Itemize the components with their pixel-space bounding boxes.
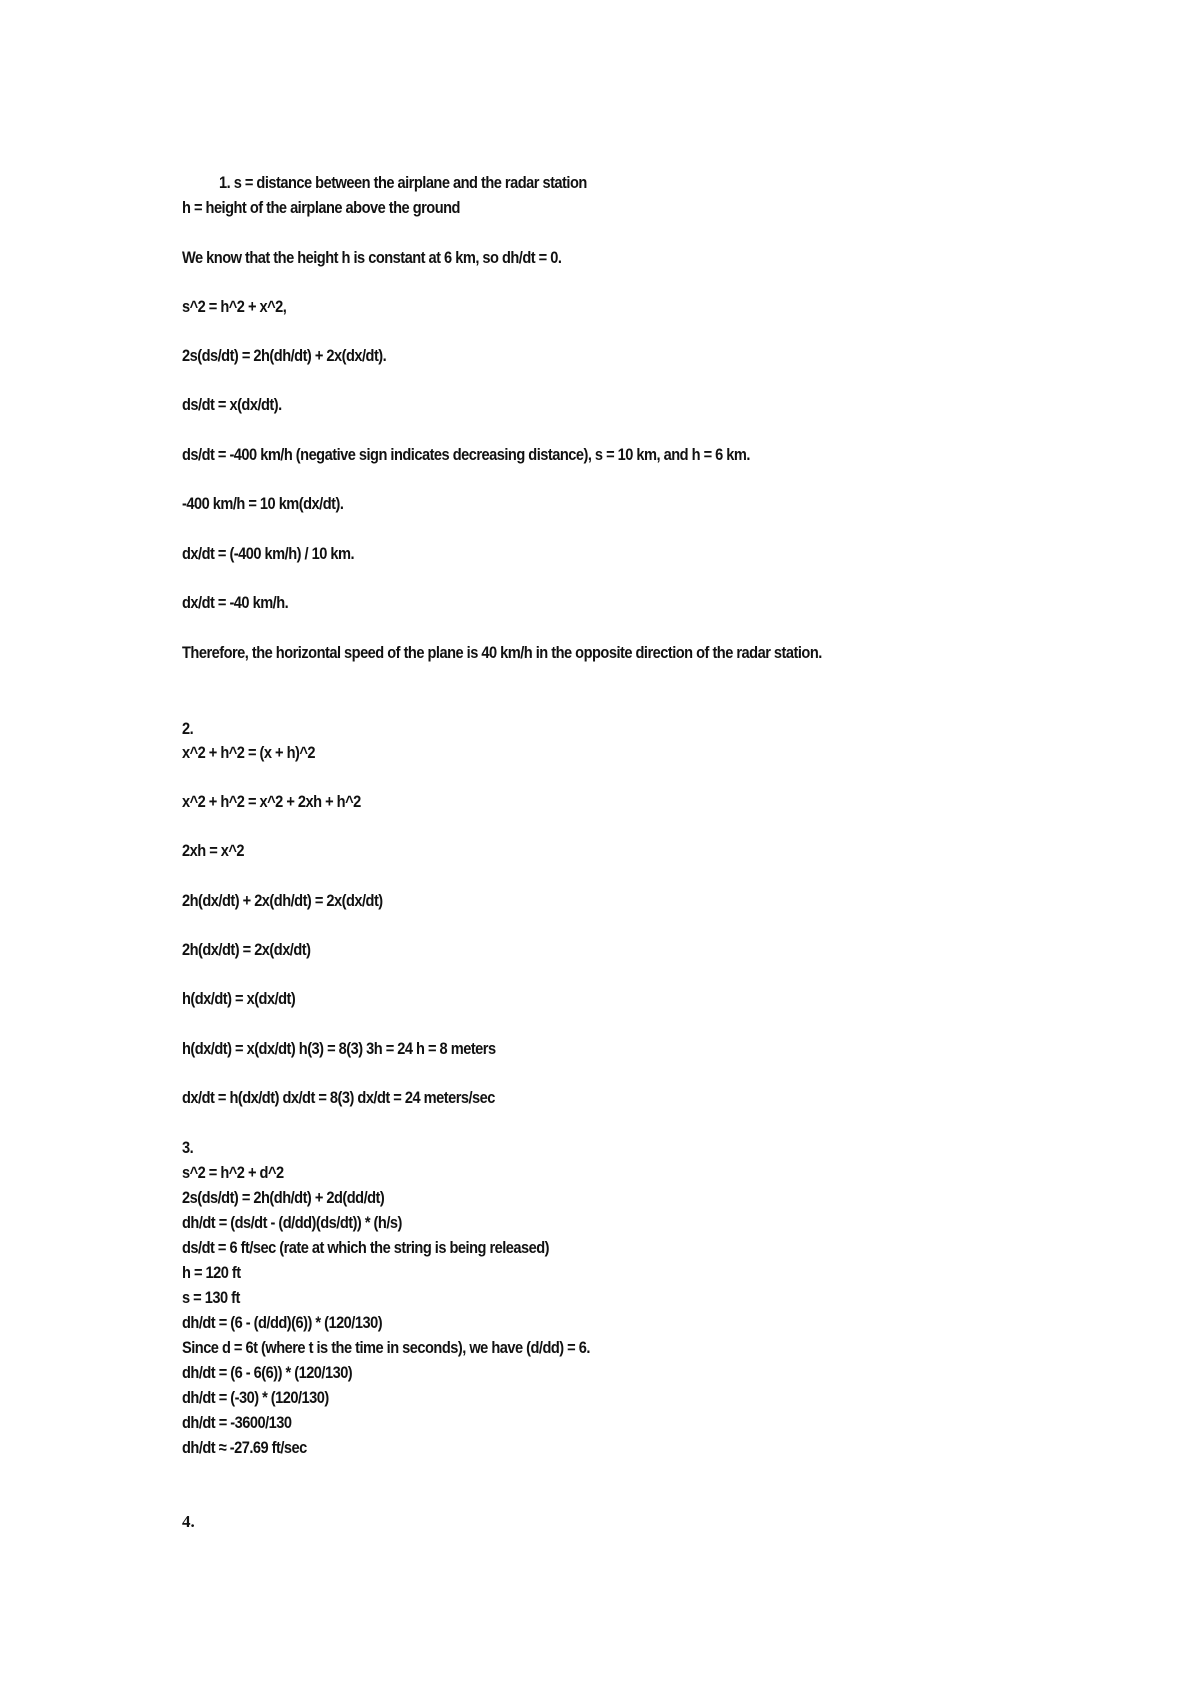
equation-line: x^2 + h^2 = x^2 + 2xh + h^2 [182,792,361,812]
text-line: Since d = 6t (where t is the time in sec… [182,1338,590,1358]
conclusion-line: Therefore, the horizontal speed of the p… [182,643,822,663]
equation-line: 2s(ds/dt) = 2h(dh/dt) + 2x(dx/dt). [182,346,386,366]
text-line: We know that the height h is constant at… [182,248,561,268]
equation-line: ds/dt = 6 ft/sec (rate at which the stri… [182,1238,549,1258]
result-line: dh/dt ≈ -27.69 ft/sec [182,1438,307,1458]
equation-line: 2xh = x^2 [182,841,244,861]
equation-line: dh/dt = (-30) * (120/130) [182,1388,329,1408]
problem-4-heading: 4. [182,1512,195,1532]
equation-line: h = 120 ft [182,1263,241,1283]
equation-line: dh/dt = (6 - 6(6)) * (120/130) [182,1363,352,1383]
equation-line: ds/dt = -400 km/h (negative sign indicat… [182,445,750,465]
equation-line: 2h(dx/dt) + 2x(dh/dt) = 2x(dx/dt) [182,891,383,911]
document-page: 1. s = distance between the airplane and… [0,0,1200,1698]
equation-line: h(dx/dt) = x(dx/dt) [182,989,295,1009]
equation-line: dh/dt = (ds/dt - (d/dd)(ds/dt)) * (h/s) [182,1213,402,1233]
problem-2-heading: 2. [182,719,193,739]
text-line: h = height of the airplane above the gro… [182,198,460,218]
equation-line: dh/dt = (6 - (d/dd)(6)) * (120/130) [182,1313,382,1333]
equation-line: x^2 + h^2 = (x + h)^2 [182,743,315,763]
problem-3-heading: 3. [182,1138,193,1158]
equation-line: s^2 = h^2 + d^2 [182,1163,284,1183]
equation-line: h(dx/dt) = x(dx/dt) h(3) = 8(3) 3h = 24 … [182,1039,496,1059]
equation-line: 2s(ds/dt) = 2h(dh/dt) + 2d(dd/dt) [182,1188,384,1208]
equation-line: ds/dt = x(dx/dt). [182,395,282,415]
problem-1-heading: 1. s = distance between the airplane and… [219,173,587,193]
equation-line: dx/dt = h(dx/dt) dx/dt = 8(3) dx/dt = 24… [182,1088,495,1108]
equation-line: dx/dt = -40 km/h. [182,593,288,613]
equation-line: s = 130 ft [182,1288,240,1308]
equation-line: -400 km/h = 10 km(dx/dt). [182,494,343,514]
equation-line: dx/dt = (-400 km/h) / 10 km. [182,544,354,564]
equation-line: 2h(dx/dt) = 2x(dx/dt) [182,940,310,960]
equation-line: s^2 = h^2 + x^2, [182,297,286,317]
equation-line: dh/dt = -3600/130 [182,1413,291,1433]
